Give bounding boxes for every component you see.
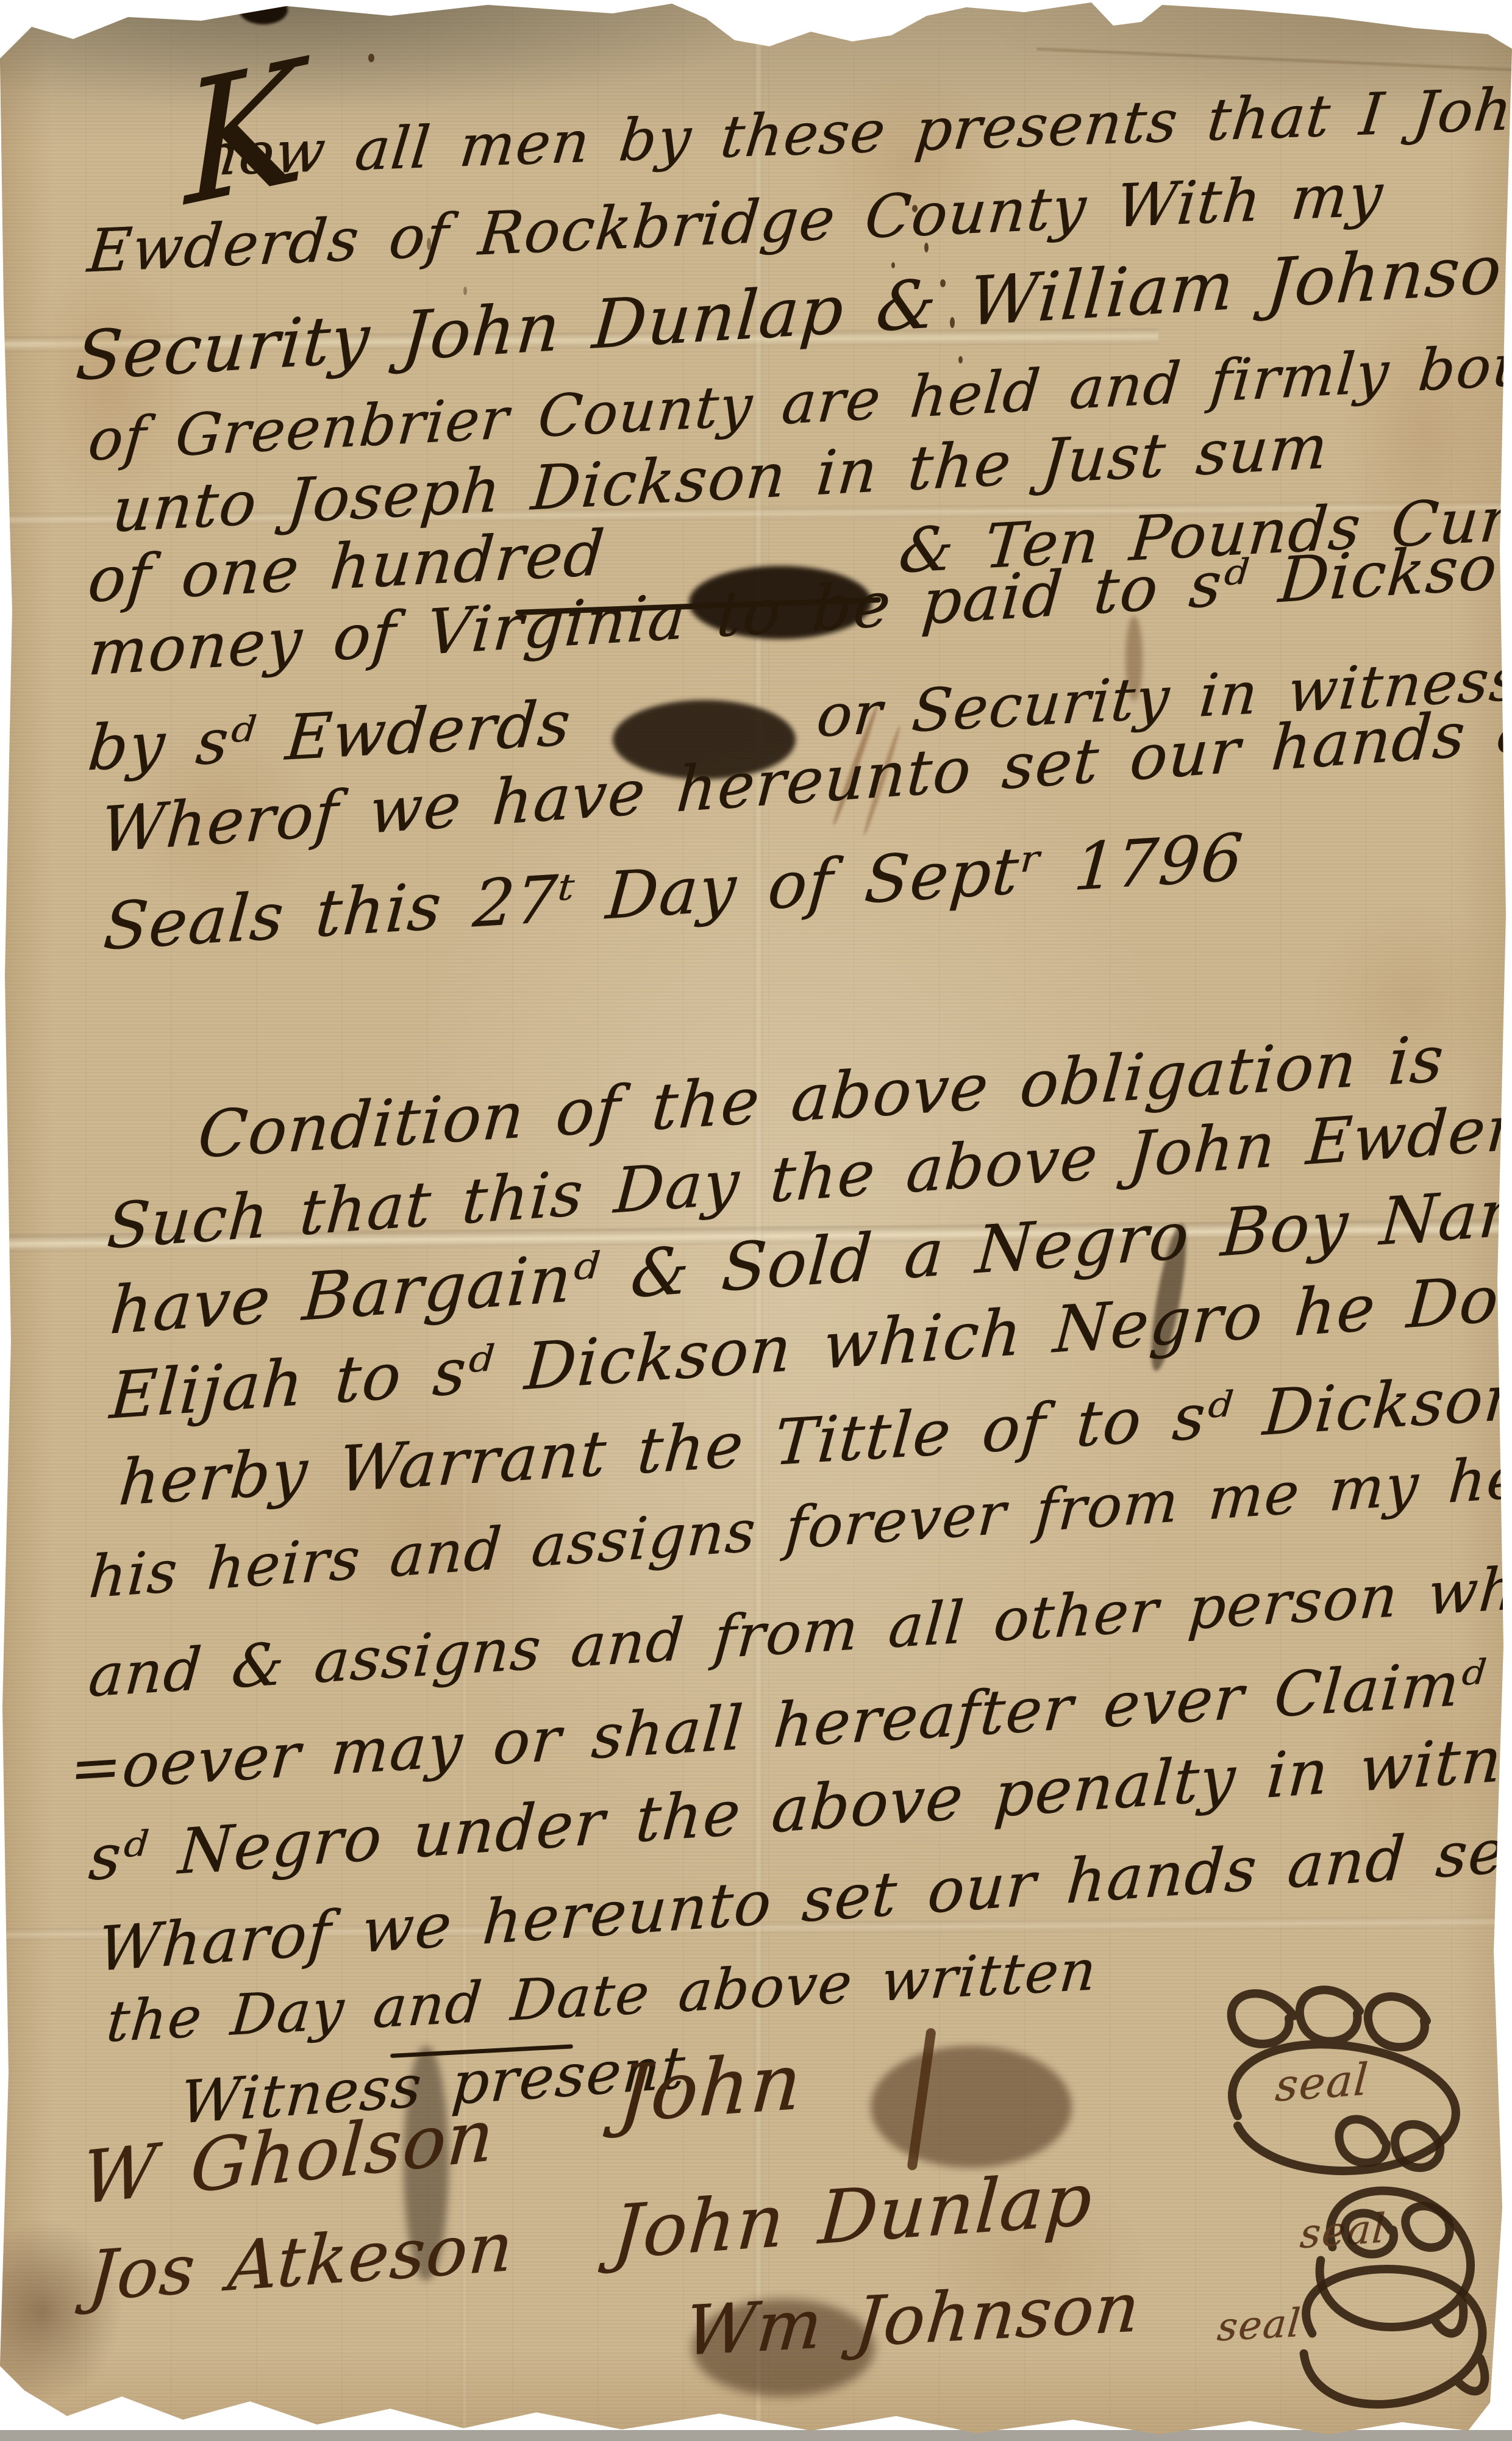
fold-crease-diagonal: [1036, 48, 1512, 71]
seal-word: seal: [1299, 2204, 1388, 2257]
ink-blot: [239, 0, 288, 24]
signature-smudge: [871, 2046, 1072, 2168]
overwritten-scribble: [907, 2028, 936, 2171]
scanned-document: K now all men by these presents that I J…: [0, 0, 1512, 2441]
signature-john-dunlap: John Dunlap: [610, 2157, 1095, 2276]
signature-jos-atkeson: Jos Atkeson: [86, 2207, 516, 2317]
scanner-bed-strip: [0, 2430, 1512, 2441]
signature-wm-johnson: Wm Johnson: [682, 2268, 1144, 2371]
signature-john-edwards: John: [616, 2036, 805, 2140]
seal-word: seal: [1215, 2301, 1303, 2351]
ink-speck: [368, 54, 374, 62]
paper-sheet: K now all men by these presents that I J…: [0, 0, 1512, 2441]
seal-word: seal: [1274, 2053, 1371, 2111]
